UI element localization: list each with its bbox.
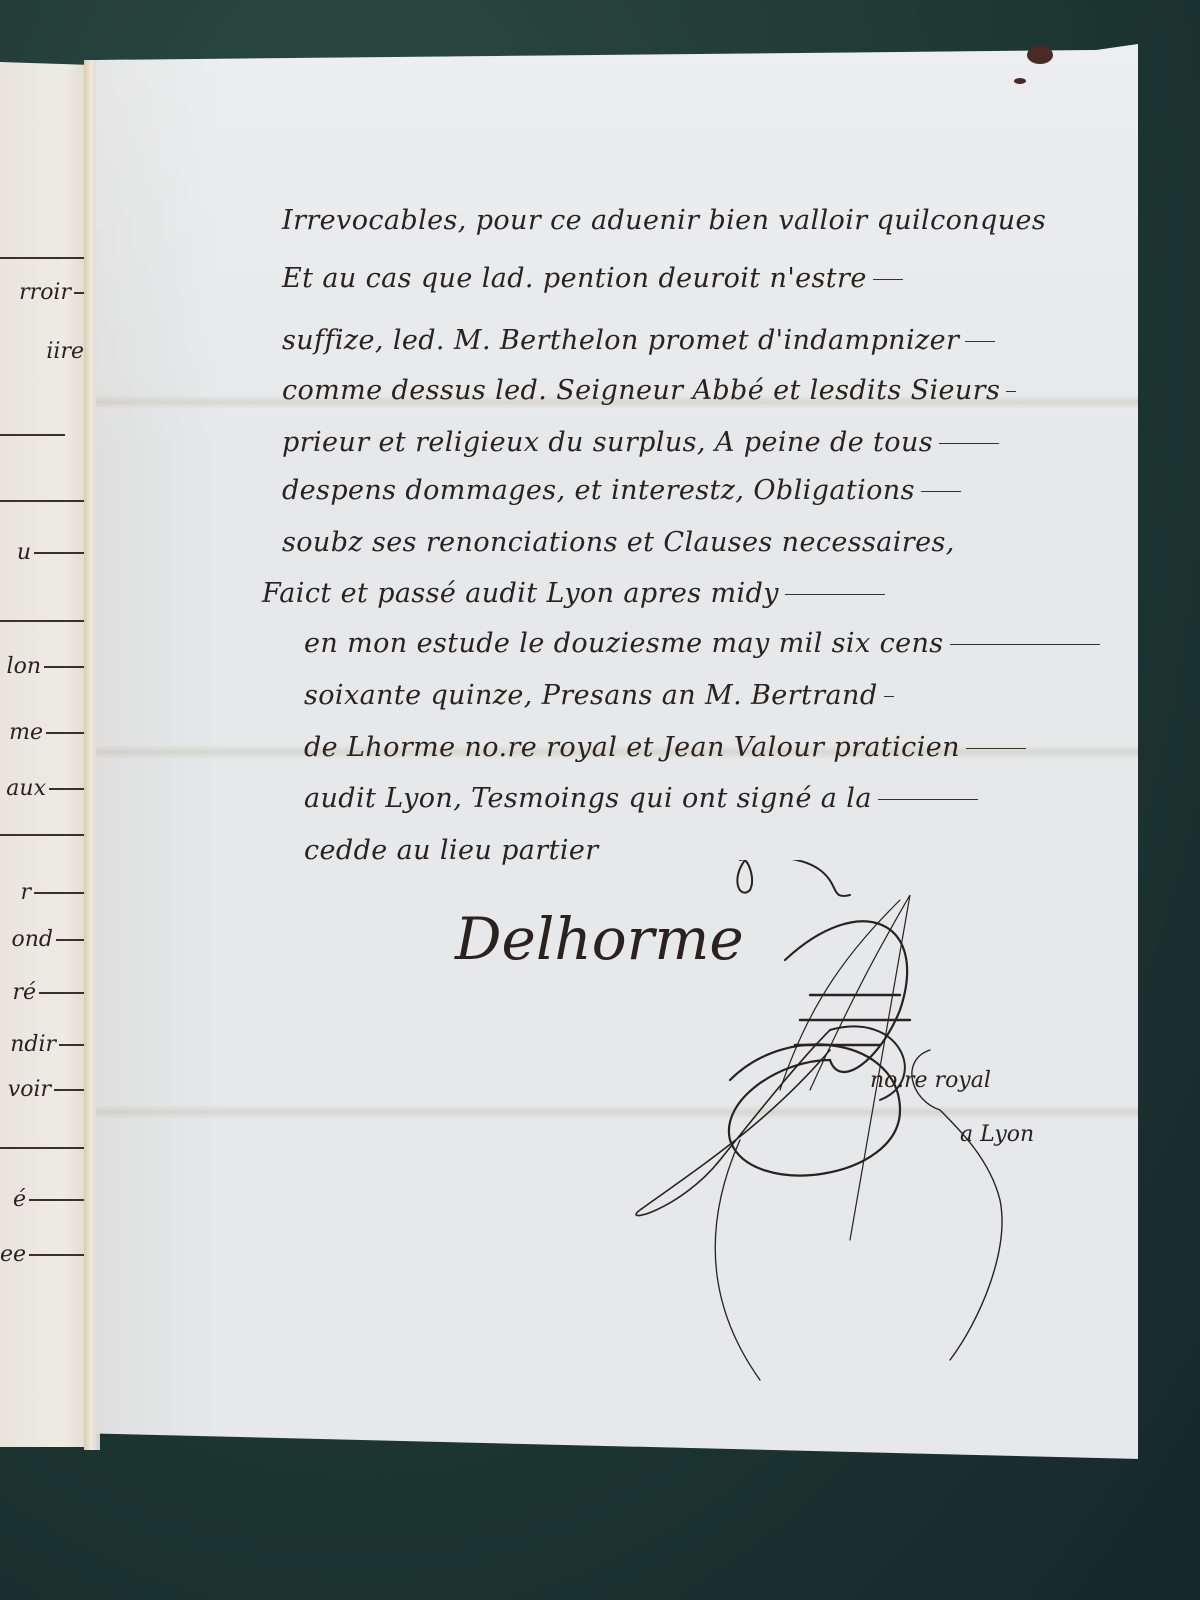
margin-rule xyxy=(0,620,90,622)
text-line: despens dommages, et interestz, Obligati… xyxy=(282,475,961,525)
margin-rule xyxy=(0,1147,90,1149)
signature-title-line: a Lyon xyxy=(960,1122,1034,1147)
text-line: comme dessus led. Seigneur Abbé et lesdi… xyxy=(282,375,1016,425)
ink-stain xyxy=(1014,78,1026,84)
left-fragment: lon xyxy=(0,654,92,679)
text-line: Et au cas que lad. pention deuroit n'est… xyxy=(282,263,903,313)
margin-rule xyxy=(0,834,90,836)
left-fragment: rroir xyxy=(0,280,92,305)
left-page: rroir iire u lon me aux r ond ré ndir vo… xyxy=(0,62,92,1447)
signature-paraph-flourish xyxy=(600,860,1140,1420)
margin-rule xyxy=(0,434,65,436)
left-fragment: ond xyxy=(0,927,92,952)
margin-rule xyxy=(0,257,90,259)
ink-stain xyxy=(1027,46,1053,64)
left-fragment: aux xyxy=(0,776,92,801)
text-line: Faict et passé audit Lyon apres midy xyxy=(262,578,885,628)
left-fragment: me xyxy=(0,720,92,745)
left-fragment: ré xyxy=(0,980,92,1005)
left-fragment: u xyxy=(0,540,92,565)
text-line: de Lhorme no.re royal et Jean Valour pra… xyxy=(304,732,1026,782)
text-line: Irrevocables, pour ce aduenir bien vallo… xyxy=(282,205,1046,255)
left-fragment: r xyxy=(0,880,92,905)
left-fragment: é xyxy=(0,1187,92,1212)
text-line: cedde au lieu partier xyxy=(304,835,599,885)
left-page-fragments: rroir iire u lon me aux r ond ré ndir vo… xyxy=(0,62,92,1447)
text-line: suffize, led. M. Berthelon promet d'inda… xyxy=(282,325,995,375)
text-line: prieur et religieux du surplus, A peine … xyxy=(282,427,999,477)
text-line: audit Lyon, Tesmoings qui ont signé a la xyxy=(304,783,978,833)
left-fragment: iire xyxy=(0,339,92,364)
left-fragment: ee xyxy=(0,1242,92,1267)
left-fragment: ndir xyxy=(0,1032,92,1057)
margin-rule xyxy=(0,500,90,502)
text-line: soixante quinze, Presans an M. Bertrand xyxy=(304,680,894,730)
left-fragment: voir xyxy=(0,1077,92,1102)
text-line: en mon estude le douziesme may mil six c… xyxy=(304,628,1100,678)
text-line: soubz ses renonciations et Clauses neces… xyxy=(282,527,955,577)
signature-title-line: no.re royal xyxy=(870,1068,991,1093)
